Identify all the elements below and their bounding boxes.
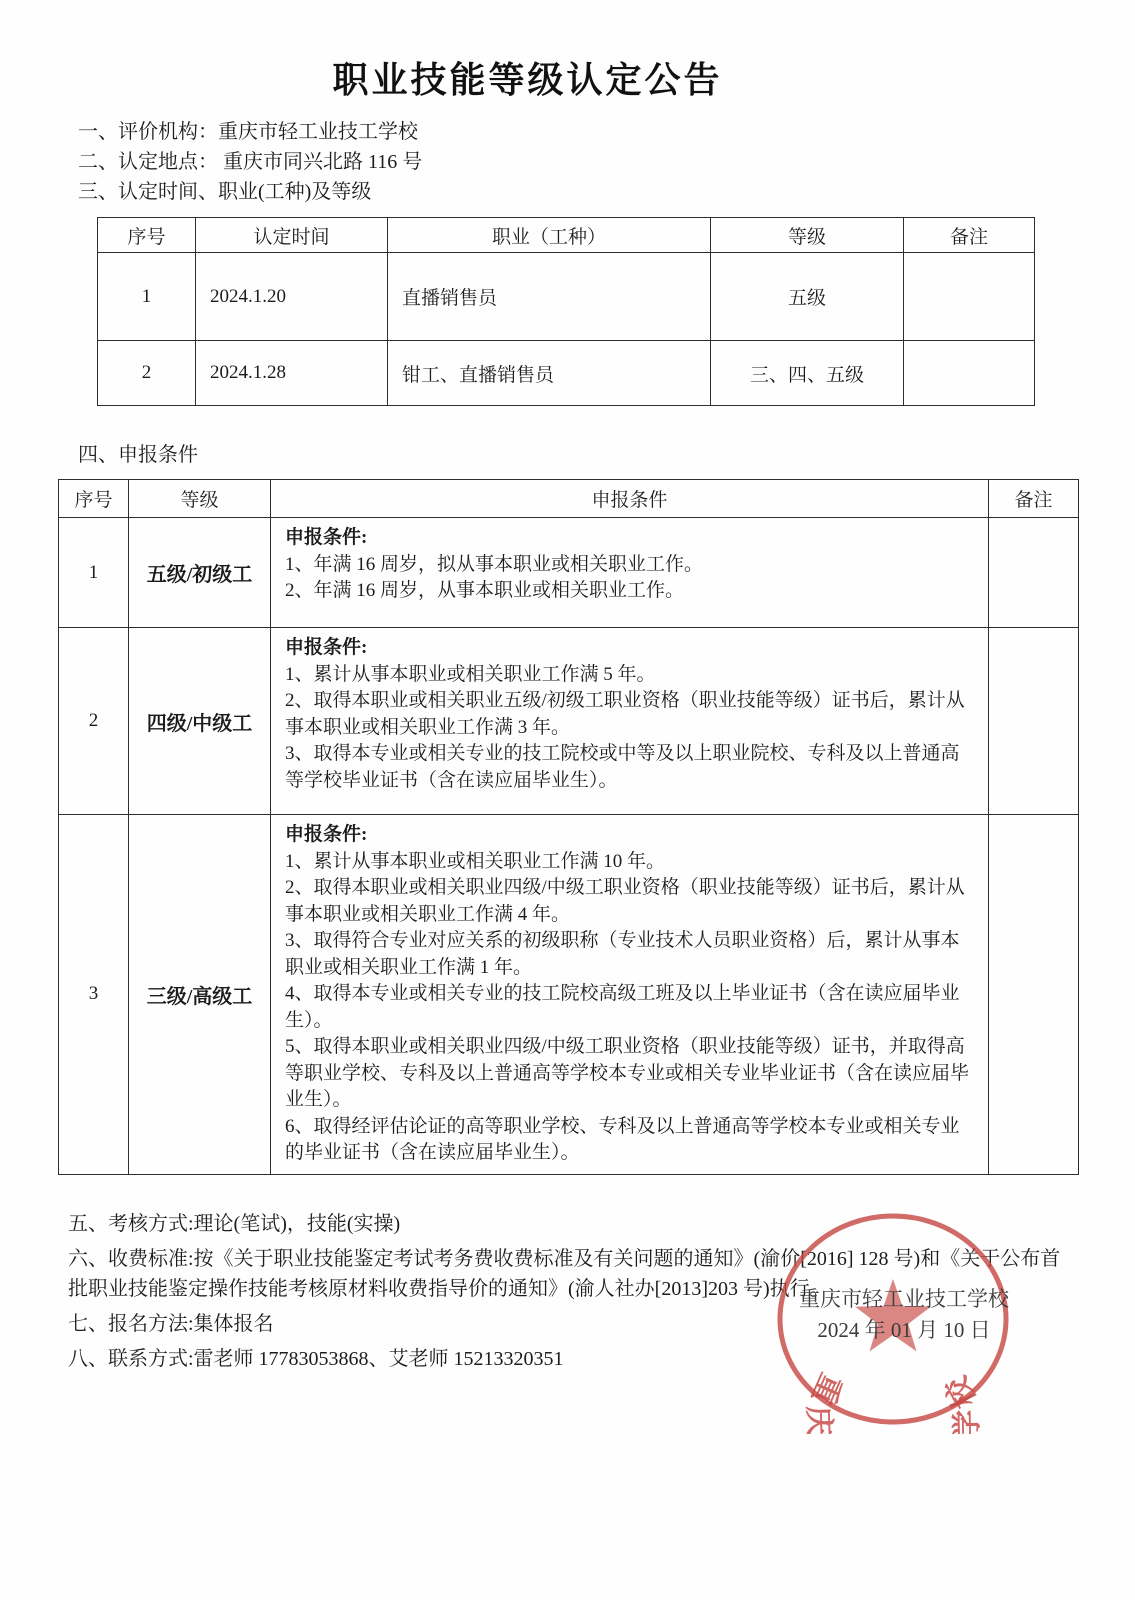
schedule-header-date: 认定时间 <box>196 218 388 253</box>
condition-line: 2、取得本职业或相关职业四级/中级工职业资格（职业技能等级）证书后，累计从事本职… <box>285 875 974 928</box>
signature-org: 重庆市轻工业技工学校 <box>788 1284 1020 1315</box>
conditions-cell-index: 2 <box>59 628 129 815</box>
conditions-cell-level: 三级/高级工 <box>129 815 271 1175</box>
condition-line: 6、取得经评估论证的高等职业学校、专科及以上普通高等学校本专业或相关专业的毕业证… <box>285 1114 974 1167</box>
condition-line: 2、年满 16 周岁，从事本职业或相关职业工作。 <box>285 578 974 605</box>
table-row: 2 四级/中级工 申报条件: 1、累计从事本职业或相关职业工作满 5 年。 2、… <box>59 628 1079 815</box>
conditions-cell-remark <box>989 518 1079 628</box>
condition-line: 申报条件: <box>285 635 974 662</box>
condition-line: 1、累计从事本职业或相关职业工作满 10 年。 <box>285 849 974 876</box>
condition-line: 4、取得本专业或相关专业的技工院校高级工班及以上毕业证书（含在读应届毕业生）。 <box>285 981 974 1034</box>
conditions-cell-remark <box>989 628 1079 815</box>
conditions-cell-index: 3 <box>59 815 129 1175</box>
conditions-heading: 四、申报条件 <box>78 440 1135 470</box>
conditions-cell-text: 申报条件: 1、累计从事本职业或相关职业工作满 10 年。 2、取得本职业或相关… <box>271 815 989 1175</box>
condition-line: 3、取得符合专业对应关系的初级职称（专业技术人员职业资格）后，累计从事本职业或相… <box>285 928 974 981</box>
intro-item-3: 三、认定时间、职业(工种)及等级 <box>78 177 1135 207</box>
conditions-header-index: 序号 <box>59 480 129 518</box>
schedule-table: 序号 认定时间 职业（工种） 等级 备注 1 2024.1.20 直播销售员 五… <box>97 217 1035 406</box>
table-row: 1 五级/初级工 申报条件: 1、年满 16 周岁，拟从事本职业或相关职业工作。… <box>59 518 1079 628</box>
condition-line: 1、年满 16 周岁，拟从事本职业或相关职业工作。 <box>285 552 974 579</box>
condition-line: 申报条件: <box>285 822 974 849</box>
condition-line: 申报条件: <box>285 525 974 552</box>
conditions-cell-text: 申报条件: 1、年满 16 周岁，拟从事本职业或相关职业工作。 2、年满 16 … <box>271 518 989 628</box>
signature-date: 2024 年 01 月 10 日 <box>788 1315 1020 1346</box>
schedule-header-remark: 备注 <box>904 218 1035 253</box>
conditions-cell-level: 四级/中级工 <box>129 628 271 815</box>
schedule-header-occupation: 职业（工种） <box>388 218 711 253</box>
schedule-cell-level: 五级 <box>711 253 904 341</box>
conditions-table: 序号 等级 申报条件 备注 1 五级/初级工 申报条件: 1、年满 16 周岁，… <box>58 479 1079 1175</box>
announcement-page: 职业技能等级认定公告 一、评价机构：重庆市轻工业技工学校 二、认定地点： 重庆市… <box>0 0 1135 1600</box>
schedule-cell-index: 1 <box>98 253 196 341</box>
schedule-cell-occupation: 钳工、直播销售员 <box>388 341 711 406</box>
schedule-cell-index: 2 <box>98 341 196 406</box>
schedule-header-level: 等级 <box>711 218 904 253</box>
schedule-header-index: 序号 <box>98 218 196 253</box>
conditions-header-row: 序号 等级 申报条件 备注 <box>59 480 1079 518</box>
conditions-header-remark: 备注 <box>989 480 1079 518</box>
conditions-cell-text: 申报条件: 1、累计从事本职业或相关职业工作满 5 年。 2、取得本职业或相关职… <box>271 628 989 815</box>
schedule-cell-remark <box>904 253 1035 341</box>
condition-line: 3、取得本专业或相关专业的技工院校或中等及以上职业院校、专科及以上普通高等学校毕… <box>285 741 974 794</box>
condition-line: 5、取得本职业或相关职业四级/中级工职业资格（职业技能等级）证书，并取得高等职业… <box>285 1034 974 1114</box>
schedule-cell-level: 三、四、五级 <box>711 341 904 406</box>
conditions-cell-index: 1 <box>59 518 129 628</box>
table-row: 3 三级/高级工 申报条件: 1、累计从事本职业或相关职业工作满 10 年。 2… <box>59 815 1079 1175</box>
schedule-header-row: 序号 认定时间 职业（工种） 等级 备注 <box>98 218 1035 253</box>
page-title: 职业技能等级认定公告 <box>0 0 1095 103</box>
signature-block: 重庆市轻工业技工学校 2024 年 01 月 10 日 <box>788 1284 1020 1346</box>
table-row: 1 2024.1.20 直播销售员 五级 <box>98 253 1035 341</box>
schedule-cell-remark <box>904 341 1035 406</box>
table-row: 2 2024.1.28 钳工、直播销售员 三、四、五级 <box>98 341 1035 406</box>
conditions-cell-level: 五级/初级工 <box>129 518 271 628</box>
schedule-cell-date: 2024.1.28 <box>196 341 388 406</box>
conditions-cell-remark <box>989 815 1079 1175</box>
conditions-header-level: 等级 <box>129 480 271 518</box>
schedule-cell-occupation: 直播销售员 <box>388 253 711 341</box>
condition-line: 2、取得本职业或相关职业五级/初级工职业资格（职业技能等级）证书后，累计从事本职… <box>285 688 974 741</box>
intro-item-1: 一、评价机构：重庆市轻工业技工学校 <box>78 117 1135 147</box>
schedule-cell-date: 2024.1.20 <box>196 253 388 341</box>
condition-line: 1、累计从事本职业或相关职业工作满 5 年。 <box>285 662 974 689</box>
conditions-header-conditions: 申报条件 <box>271 480 989 518</box>
intro-item-2: 二、认定地点： 重庆市同兴北路 116 号 <box>78 147 1135 177</box>
intro-list: 一、评价机构：重庆市轻工业技工学校 二、认定地点： 重庆市同兴北路 116 号 … <box>78 117 1135 207</box>
